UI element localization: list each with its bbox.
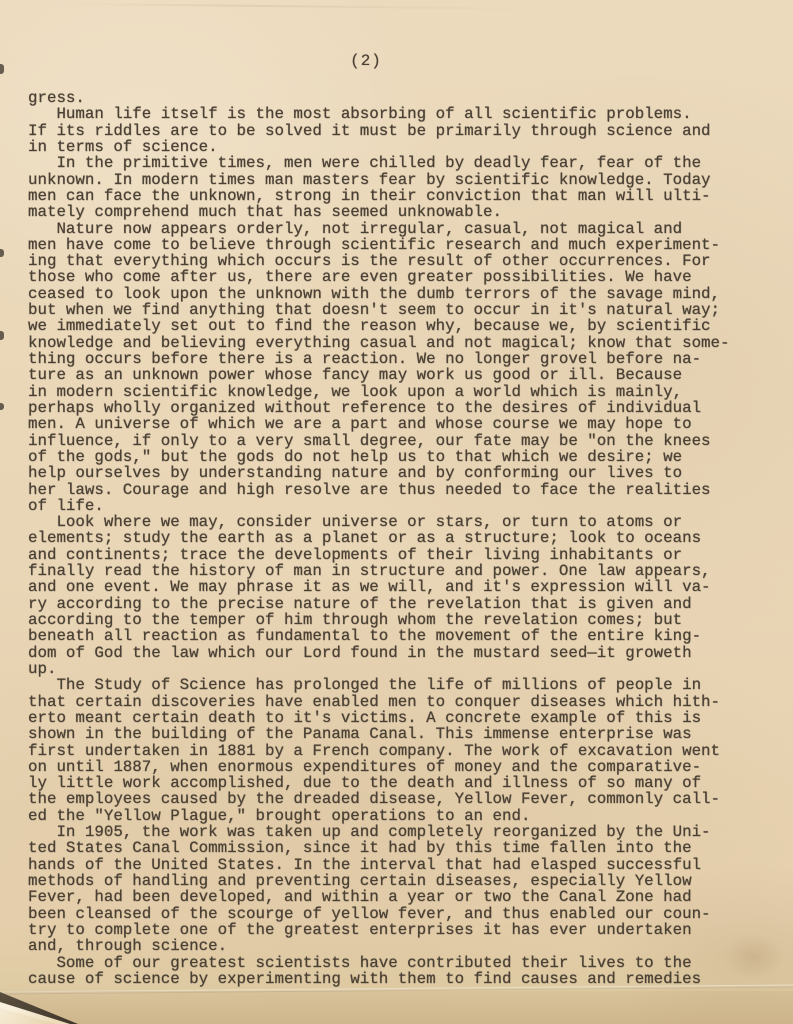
text-line: her laws. Courage and high resolve are t…: [28, 482, 768, 498]
text-line: elements; study the earth as a planet or…: [28, 530, 768, 546]
paper-wrinkle: [60, 3, 660, 11]
page-number: (2): [0, 52, 732, 70]
text-line: In 1905, the work was taken up and compl…: [28, 824, 768, 840]
text-line: according to the temper of him through w…: [28, 612, 768, 628]
text-line: ed the "Yellow Plague," brought operatio…: [28, 808, 768, 824]
text-line: If its riddles are to be solved it must …: [28, 123, 768, 139]
text-line: influence, if only to a very small degre…: [28, 433, 768, 449]
text-line: unknown. In modern times man masters fea…: [28, 172, 768, 188]
edge-speck: [0, 249, 4, 257]
text-line: perhaps wholly organized without referen…: [28, 400, 768, 416]
text-line: erto meant certain death to it's victims…: [28, 710, 768, 726]
text-line: methods of handling and preventing certa…: [28, 873, 768, 889]
text-line: beneath all reaction as fundamental to t…: [28, 628, 768, 644]
text-line: and continents; trace the developments o…: [28, 547, 768, 563]
text-line: Nature now appears orderly, not irregula…: [28, 221, 768, 237]
text-line: in modern scientific knowledge, we look …: [28, 384, 768, 400]
text-line: Some of our greatest scientists have con…: [28, 955, 768, 971]
text-line: ry according to the precise nature of th…: [28, 596, 768, 612]
paper-bottom-shade: [0, 991, 793, 1024]
text-line: ceased to look upon the unknown with the…: [28, 286, 768, 302]
text-line: of life.: [28, 498, 768, 514]
page-body: gress. Human life itself is the most abs…: [28, 90, 768, 987]
text-line: shown in the building of the Panama Cana…: [28, 726, 768, 742]
text-line: first undertaken in 1881 by a French com…: [28, 743, 768, 759]
edge-speck: [0, 331, 4, 340]
text-line: knowledge and believing everything casua…: [28, 335, 768, 351]
text-line: of the gods," but the gods do not help u…: [28, 449, 768, 465]
text-line: The Study of Science has prolonged the l…: [28, 677, 768, 693]
text-line: up.: [28, 661, 768, 677]
text-line: men have come to believe through scienti…: [28, 237, 768, 253]
text-line: the employees caused by the dreaded dise…: [28, 791, 768, 807]
text-line: help ourselves by understanding nature a…: [28, 465, 768, 481]
document-page: (2) gress. Human life itself is the most…: [0, 0, 793, 1024]
text-line: In the primitive times, men were chilled…: [28, 155, 768, 171]
text-line: Look where we may, consider universe or …: [28, 514, 768, 530]
edge-speck: [0, 403, 4, 410]
text-line: Fever, had been developed, and within a …: [28, 889, 768, 905]
text-line: ing that everything which occurs is the …: [28, 253, 768, 269]
text-line: we immediately set out to find the reaso…: [28, 318, 768, 334]
text-line: ture as an unknown power whose fancy may…: [28, 367, 768, 383]
text-line: been cleansed of the scourge of yellow f…: [28, 906, 768, 922]
text-line: gress.: [28, 90, 768, 106]
text-line: men can face the unknown, strong in thei…: [28, 188, 768, 204]
text-line: and one event. We may phrase it as we wi…: [28, 579, 768, 595]
text-line: those who come after us, there are even …: [28, 269, 768, 285]
paper-stain: [724, 934, 784, 980]
text-line: but when we find anything that doesn't s…: [28, 302, 768, 318]
text-line: hands of the United States. In the inter…: [28, 857, 768, 873]
text-line: dom of God the law which our Lord found …: [28, 645, 768, 661]
text-line: that certain discoveries have enabled me…: [28, 694, 768, 710]
text-line: mately comprehend much that has seemed u…: [28, 204, 768, 220]
text-line: men. A universe of which we are a part a…: [28, 416, 768, 432]
text-line: ly little work accomplished, due to the …: [28, 775, 768, 791]
text-line: in terms of science.: [28, 139, 768, 155]
text-line: try to complete one of the greatest ente…: [28, 922, 768, 938]
text-line: finally read the history of man in struc…: [28, 563, 768, 579]
edge-speck: [0, 64, 4, 74]
text-line: thing occurs before there is a reaction.…: [28, 351, 768, 367]
text-line: on until 1887, when enormous expenditure…: [28, 759, 768, 775]
text-line: Human life itself is the most absorbing …: [28, 106, 768, 122]
text-line: ted States Canal Commission, since it ha…: [28, 840, 768, 856]
text-line: and, through science.: [28, 938, 768, 954]
